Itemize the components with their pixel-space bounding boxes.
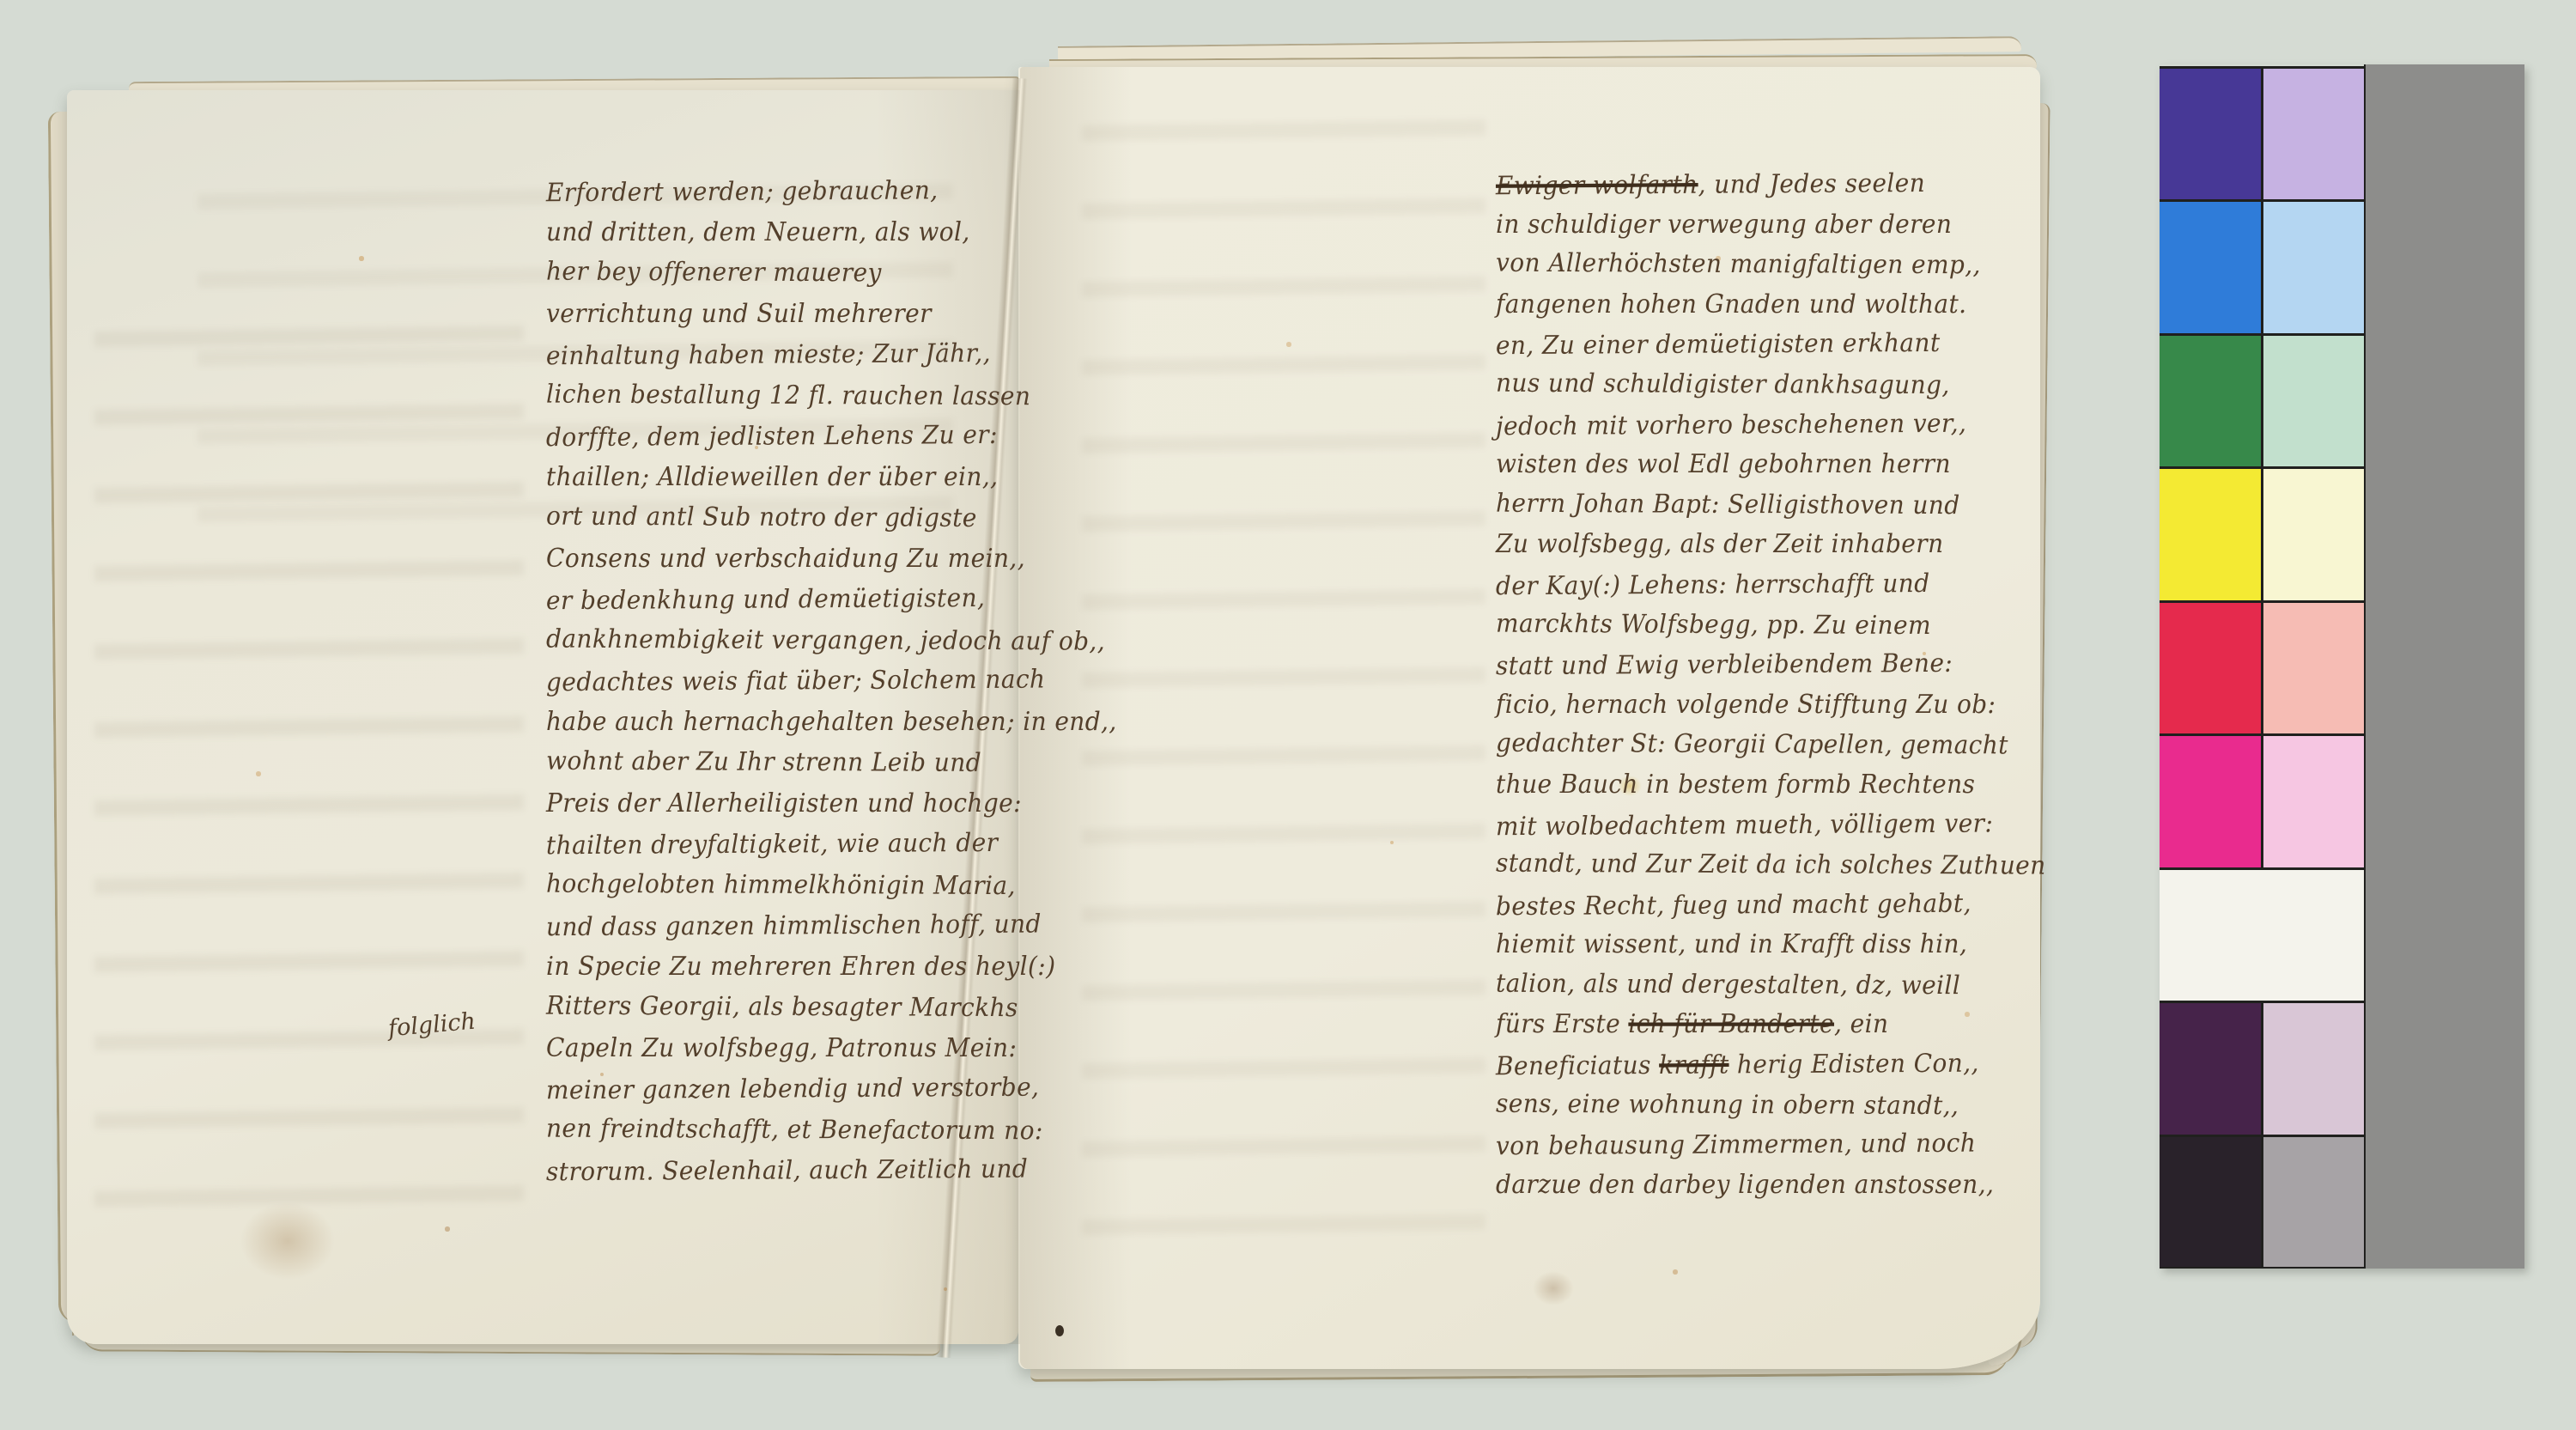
handwritten-text: herrn Johan Bapt: Selligisthoven und — [1496, 488, 1960, 520]
handwritten-text: darzue den darbey ligenden anstossen,, — [1496, 1169, 1994, 1199]
right-page-line: von Allerhöchsten manigfaltigen emp,, — [1496, 247, 2046, 292]
left-page-line: hochgelobten himmelkhönigin Maria, — [546, 868, 1117, 914]
right-page-line: Beneficiatus krafft herig Edisten Con,, — [1496, 1048, 2046, 1094]
handwritten-text: einhaltung haben mieste; Zur Jähr,, — [546, 338, 991, 370]
handwritten-text: lichen bestallung 12 fl. rauchen lassen — [546, 379, 1030, 411]
right-page-line: bestes Recht, fueg und macht gehabt, — [1496, 887, 2046, 934]
handwritten-text: hochgelobten himmelkhönigin Maria, — [546, 868, 1016, 901]
handwritten-text: hiemit wissent, und in Krafft diss hin, — [1496, 929, 1967, 959]
handwritten-text: mit wolbedachtem mueth, völligem ver: — [1496, 807, 1993, 841]
patch-red-light — [2263, 601, 2366, 734]
left-page-line: nen freindtschafft, et Benefactorum no: — [546, 1113, 1117, 1159]
handwritten-text: herig Edisten Con,, — [1728, 1048, 1978, 1080]
archival-photo: Erfordert werden; gebrauchen,und dritten… — [0, 0, 2576, 1430]
patch-row-divider — [2160, 333, 2366, 336]
right-page-line: wisten des wol Edl gebohrnen herrn — [1496, 449, 2046, 491]
left-page-line: dankhnembigkeit vergangen, jedoch auf ob… — [546, 624, 1117, 669]
patch-column-divider — [2261, 67, 2263, 200]
left-page-line: in Specie Zu mehreren Ehren des heyl(:) — [546, 951, 1117, 994]
strip-gray-band: Kodak Color Control Patches © Kodak, 200… — [2366, 64, 2524, 1269]
patch-yellow-light — [2263, 467, 2366, 601]
right-page-line: nus und schuldigister dankhsagung, — [1496, 368, 2046, 412]
handwritten-text: meiner ganzen lebendig und verstorbe, — [546, 1072, 1040, 1105]
left-page-line: meiner ganzen lebendig und verstorbe, — [546, 1071, 1117, 1118]
handwritten-text: Beneficiatus — [1496, 1050, 1659, 1081]
left-page-line: gedachtes weis fiat über; Solchem nach — [546, 663, 1117, 710]
patch-yellow-dark — [2160, 467, 2263, 601]
handwritten-text: und dritten, dem Neuern, als wol, — [546, 216, 970, 246]
patch-green-dark — [2160, 334, 2263, 467]
handwritten-text: von Allerhöchsten manigfaltigen emp,, — [1496, 247, 1981, 280]
patch-column-divider — [2261, 1001, 2263, 1135]
left-page-line: er bedenkhung und demüetigisten, — [546, 581, 1117, 629]
handwritten-text: Preis der Allerheiligisten und hochge: — [546, 788, 1022, 818]
patch-white — [2160, 868, 2366, 1001]
right-page-line: statt und Ewig verbleibendem Bene: — [1496, 648, 2046, 694]
handwritten-text: von behausung Zimmermen, und noch — [1496, 1128, 1976, 1161]
right-page-line: standt, und Zur Zeit da ich solches Zuth… — [1496, 848, 2046, 892]
handwritten-text: und dass ganzen himmlischen hoff, und — [546, 909, 1042, 942]
right-page-line: gedachter St: Georgii Capellen, gemacht — [1496, 727, 2046, 772]
handwritten-text: jedoch mit vorhero beschehenen ver,, — [1496, 408, 1967, 441]
paper-stain-large — [240, 1202, 335, 1280]
handwritten-text: thue Bauch in bestem formb Rechtens — [1496, 770, 1975, 800]
handwritten-text: verrichtung und Suil mehrerer — [546, 298, 932, 328]
left-page-line: einhaltung haben mieste; Zur Jähr,, — [546, 337, 1117, 384]
handwritten-text: Consens und verbschaidung Zu mein,, — [546, 543, 1025, 573]
handwritten-text: wisten des wol Edl gebohrnen herrn — [1496, 449, 1951, 479]
left-page-line: her bey offenerer mauerey — [546, 256, 1117, 301]
handwritten-text: der Kay(:) Lehens: herrschafft und — [1496, 568, 1930, 600]
right-page-line: mit wolbedachtem mueth, völligem ver: — [1496, 807, 2046, 854]
right-page-line: thue Bauch in bestem formb Rechtens — [1496, 770, 2046, 812]
patch-blue-dark — [2160, 67, 2263, 200]
fly-speck — [1055, 1325, 1064, 1336]
right-page-line: darzue den darbey ligenden anstossen,, — [1496, 1169, 2046, 1211]
right-page-line: sens, eine wohnung in obern standt,, — [1496, 1088, 2046, 1133]
patch-column-divider — [2261, 1135, 2263, 1269]
left-page-line: und dass ganzen himmlischen hoff, und — [546, 908, 1117, 955]
handwritten-text: gedachtes weis fiat über; Solchem nach — [546, 664, 1046, 697]
right-page-line: jedoch mit vorhero beschehenen ver,, — [1496, 407, 2046, 453]
handwritten-text: in schuldiger verwegung aber deren — [1496, 209, 1952, 239]
left-page-line: und dritten, dem Neuern, als wol, — [546, 216, 1117, 259]
handwritten-text: bestes Recht, fueg und macht gehabt, — [1496, 888, 1971, 922]
patch-row-divider — [2160, 733, 2366, 736]
handwritten-text: nus und schuldigister dankhsagung, — [1496, 368, 1950, 399]
patch-magenta-light — [2263, 734, 2366, 868]
patch-bottom-line — [2160, 1267, 2366, 1269]
handwritten-text: standt, und Zur Zeit da ich solches Zuth… — [1496, 848, 2046, 880]
left-page-line: verrichtung und Suil mehrerer — [546, 298, 1117, 341]
handwritten-text: nen freindtschafft, et Benefactorum no: — [546, 1113, 1043, 1146]
patch-black-dark — [2160, 1135, 2263, 1269]
patch-green-light — [2263, 334, 2366, 467]
patch-row-divider — [2160, 66, 2366, 69]
handwritten-text: strorum. Seelenhail, auch Zeitlich und — [546, 1153, 1028, 1187]
patch-cyan-light — [2263, 200, 2366, 334]
handwritten-text: marckhts Wolfsbegg, pp. Zu einem — [1496, 608, 1931, 640]
handwritten-text: habe auch hernachgehalten besehen; in en… — [546, 706, 1117, 736]
patch-row-divider — [2160, 199, 2366, 202]
struck-text: Ewiger wolfarth — [1496, 169, 1698, 201]
handwritten-text: Zu wolfsbegg, als der Zeit inhabern — [1496, 529, 1944, 559]
left-page-line: thaillen; Alldieweillen der über ein,, — [546, 461, 1117, 504]
handwritten-text: Ritters Georgii, als besagter Marckhs — [546, 990, 1018, 1023]
right-page-line: Zu wolfsbegg, als der Zeit inhabern — [1496, 529, 2046, 571]
handwritten-text: statt und Ewig verbleibendem Bene: — [1496, 648, 1953, 680]
right-page-line: der Kay(:) Lehens: herrschafft und — [1496, 567, 2046, 613]
patch-blue-light — [2263, 67, 2366, 200]
handwritten-text: , ein — [1834, 1009, 1888, 1039]
right-page-line: en, Zu einer demüetigisten erkhant — [1496, 327, 2046, 374]
paper-fibre-flecks — [0, 0, 2, 2]
left-page-line: ort und antl Sub notro der gdigste — [546, 501, 1117, 546]
handwritten-text: dorffte, dem jedlisten Lehens Zu er: — [546, 419, 998, 452]
handwritten-text: in Specie Zu mehreren Ehren des heyl(:) — [546, 951, 1055, 981]
patch-area — [2160, 64, 2366, 1269]
right-page-line: fangenen hohen Gnaden und wolthat. — [1496, 289, 2046, 331]
left-page-line: wohnt aber Zu Ihr strenn Leib und — [546, 745, 1117, 791]
handwritten-text: gedachter St: Georgii Capellen, gemacht — [1496, 727, 2008, 760]
patch-row-divider — [2160, 600, 2366, 603]
handwritten-text: fürs Erste — [1496, 1009, 1628, 1039]
patch-column-divider — [2261, 601, 2263, 734]
handwritten-text: sens, eine wohnung in obern standt,, — [1496, 1088, 1959, 1120]
right-page-line: von behausung Zimmermen, und noch — [1496, 1128, 2046, 1174]
patch-column-divider — [2261, 334, 2263, 467]
handwritten-text: Capeln Zu wolfsbegg, Patronus Mein: — [546, 1032, 1017, 1062]
left-page-line: Preis der Allerheiligisten und hochge: — [546, 788, 1117, 831]
left-page-text-column: Erfordert werden; gebrauchen,und dritten… — [546, 177, 1117, 1197]
patch-red-dark — [2160, 601, 2263, 734]
patch-3-color-dark — [2160, 1001, 2263, 1135]
handwritten-text: er bedenkhung und demüetigisten, — [546, 582, 986, 615]
right-page-line: fürs Erste ich für Banderte, ein — [1496, 1009, 2046, 1051]
patch-cyan-dark — [2160, 200, 2263, 334]
handwritten-text: fangenen hohen Gnaden und wolthat. — [1496, 289, 1966, 319]
patch-column-divider — [2261, 467, 2263, 601]
patch-row-divider — [2160, 466, 2366, 469]
handwritten-text: ort und antl Sub notro der gdigste — [546, 501, 977, 532]
left-page-line: habe auch hernachgehalten besehen; in en… — [546, 706, 1117, 749]
struck-text: krafft — [1659, 1050, 1729, 1080]
patch-3-color-light — [2263, 1001, 2366, 1135]
left-page-line: lichen bestallung 12 fl. rauchen lassen — [546, 379, 1117, 424]
handwritten-text: her bey offenerer mauerey — [546, 256, 882, 288]
patch-column-divider — [2261, 200, 2263, 334]
patch-black-light — [2263, 1135, 2366, 1269]
handwritten-text: thaillen; Alldieweillen der über ein,, — [546, 461, 998, 491]
struck-text: ich für Banderte — [1628, 1009, 1834, 1039]
right-page-line: in schuldiger verwegung aber deren — [1496, 209, 2046, 251]
right-page-line: hiemit wissent, und in Krafft diss hin, — [1496, 929, 2046, 971]
handwritten-text: Erfordert werden; gebrauchen, — [546, 175, 939, 208]
left-page-line: Capeln Zu wolfsbegg, Patronus Mein: — [546, 1032, 1117, 1075]
handwritten-text: thailten dreyfaltigkeit, wie auch der — [546, 827, 999, 860]
right-page-text-column: Ewiger wolfarth, und Jedes seelenin schu… — [1496, 170, 2046, 1210]
left-page-line: dorffte, dem jedlisten Lehens Zu er: — [546, 418, 1117, 466]
handwritten-text: , und Jedes seelen — [1698, 167, 1926, 199]
right-page-line: talion, als und dergestalten, dz, weill — [1496, 968, 2046, 1013]
right-page-line: ficio, hernach volgende Stifftung Zu ob: — [1496, 689, 2046, 731]
handwritten-text: talion, als und dergestalten, dz, weill — [1496, 968, 1960, 1000]
patch-row-divider — [2160, 1001, 2366, 1003]
left-page-line: Consens und verbschaidung Zu mein,, — [546, 543, 1117, 586]
patch-row-divider — [2160, 867, 2366, 870]
handwritten-text: dankhnembigkeit vergangen, jedoch auf ob… — [546, 624, 1105, 656]
patch-magenta-dark — [2160, 734, 2263, 868]
paper-stain-small — [1533, 1271, 1574, 1305]
left-page-line: strorum. Seelenhail, auch Zeitlich und — [546, 1153, 1117, 1200]
right-page-line: marckhts Wolfsbegg, pp. Zu einem — [1496, 608, 2046, 653]
right-page-line: Ewiger wolfarth, und Jedes seelen — [1496, 167, 2046, 214]
left-page-line: Erfordert werden; gebrauchen, — [546, 173, 1117, 221]
handwritten-text: en, Zu einer demüetigisten erkhant — [1496, 328, 1941, 361]
kodak-color-control-strip: Kodak Color Control Patches © Kodak, 200… — [2160, 64, 2524, 1269]
left-page-line: thailten dreyfaltigkeit, wie auch der — [546, 826, 1117, 873]
right-page-line: herrn Johan Bapt: Selligisthoven und — [1496, 488, 2046, 532]
handwritten-text: wohnt aber Zu Ihr strenn Leib und — [546, 745, 981, 777]
patch-row-divider — [2160, 1135, 2366, 1137]
left-page-line: Ritters Georgii, als besagter Marckhs — [546, 990, 1117, 1036]
patch-column-divider — [2261, 734, 2263, 868]
handwritten-text: ficio, hernach volgende Stifftung Zu ob: — [1496, 689, 1996, 719]
